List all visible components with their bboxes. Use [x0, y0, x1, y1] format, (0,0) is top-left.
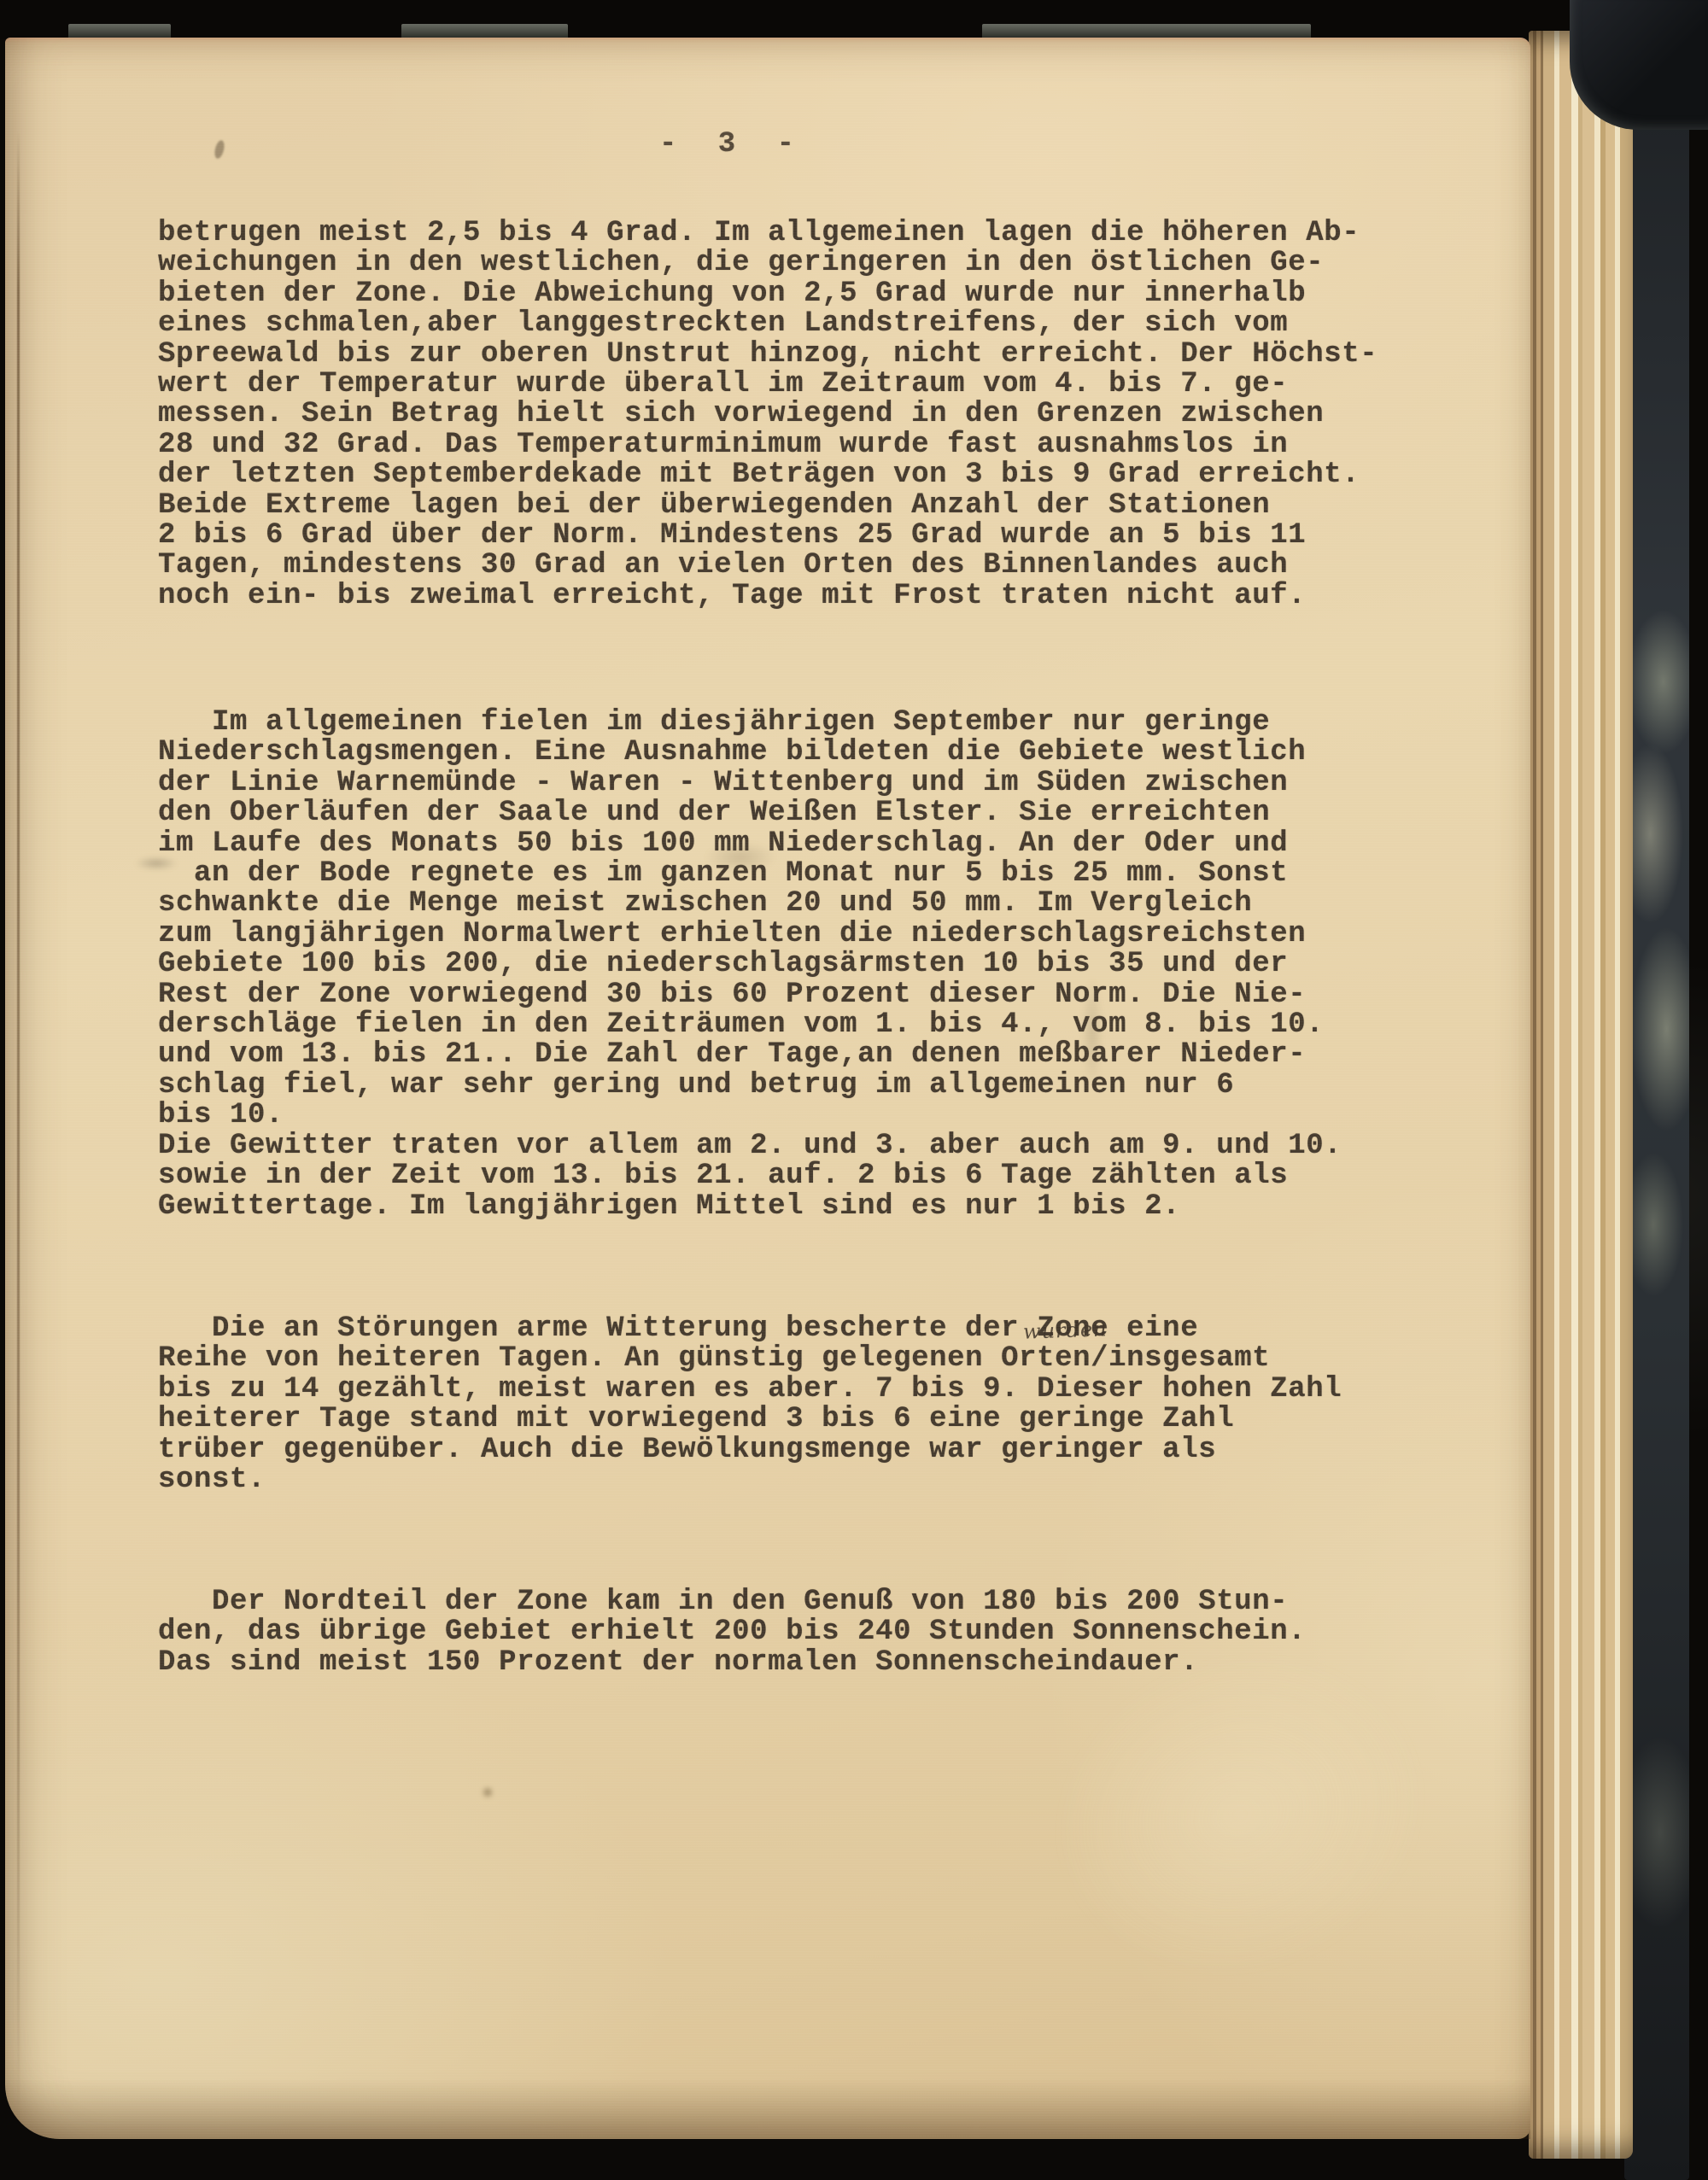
binding-crease [17, 132, 20, 2113]
book-cover-corner [1570, 0, 1708, 130]
page-number: - 3 - [659, 130, 806, 160]
pencil-smudge [128, 854, 184, 873]
paragraph-temperature: betrugen meist 2,5 bis 4 Grad. Im allgem… [158, 219, 1378, 611]
paper-stain [693, 837, 787, 878]
book-cover-top-edge [0, 0, 1708, 39]
ink-speck [213, 139, 225, 160]
document-page: - 3 - betrugen meist 2,5 bis 4 Grad. Im … [5, 38, 1530, 2139]
paragraph-clear-days: Die an Störungen arme Witterung beschert… [158, 1314, 1342, 1495]
page-edges-stack [1529, 31, 1633, 2159]
handwritten-correction: wurden [1023, 1318, 1108, 1341]
book-cover-marbled-edge [1624, 9, 1689, 2180]
paragraph-precipitation: Im allgemeinen fielen im diesjährigen Se… [158, 708, 1342, 1222]
paragraph-sunshine: Der Nordteil der Zone kam in den Genuß v… [158, 1587, 1306, 1678]
book-scan: - 3 - betrugen meist 2,5 bis 4 Grad. Im … [0, 0, 1708, 2180]
page-bottom-shadow [5, 2079, 1530, 2139]
scan-light-sheen [920, 1522, 1560, 2107]
ink-speck [483, 1788, 492, 1797]
paper-stain [1078, 960, 1107, 1105]
